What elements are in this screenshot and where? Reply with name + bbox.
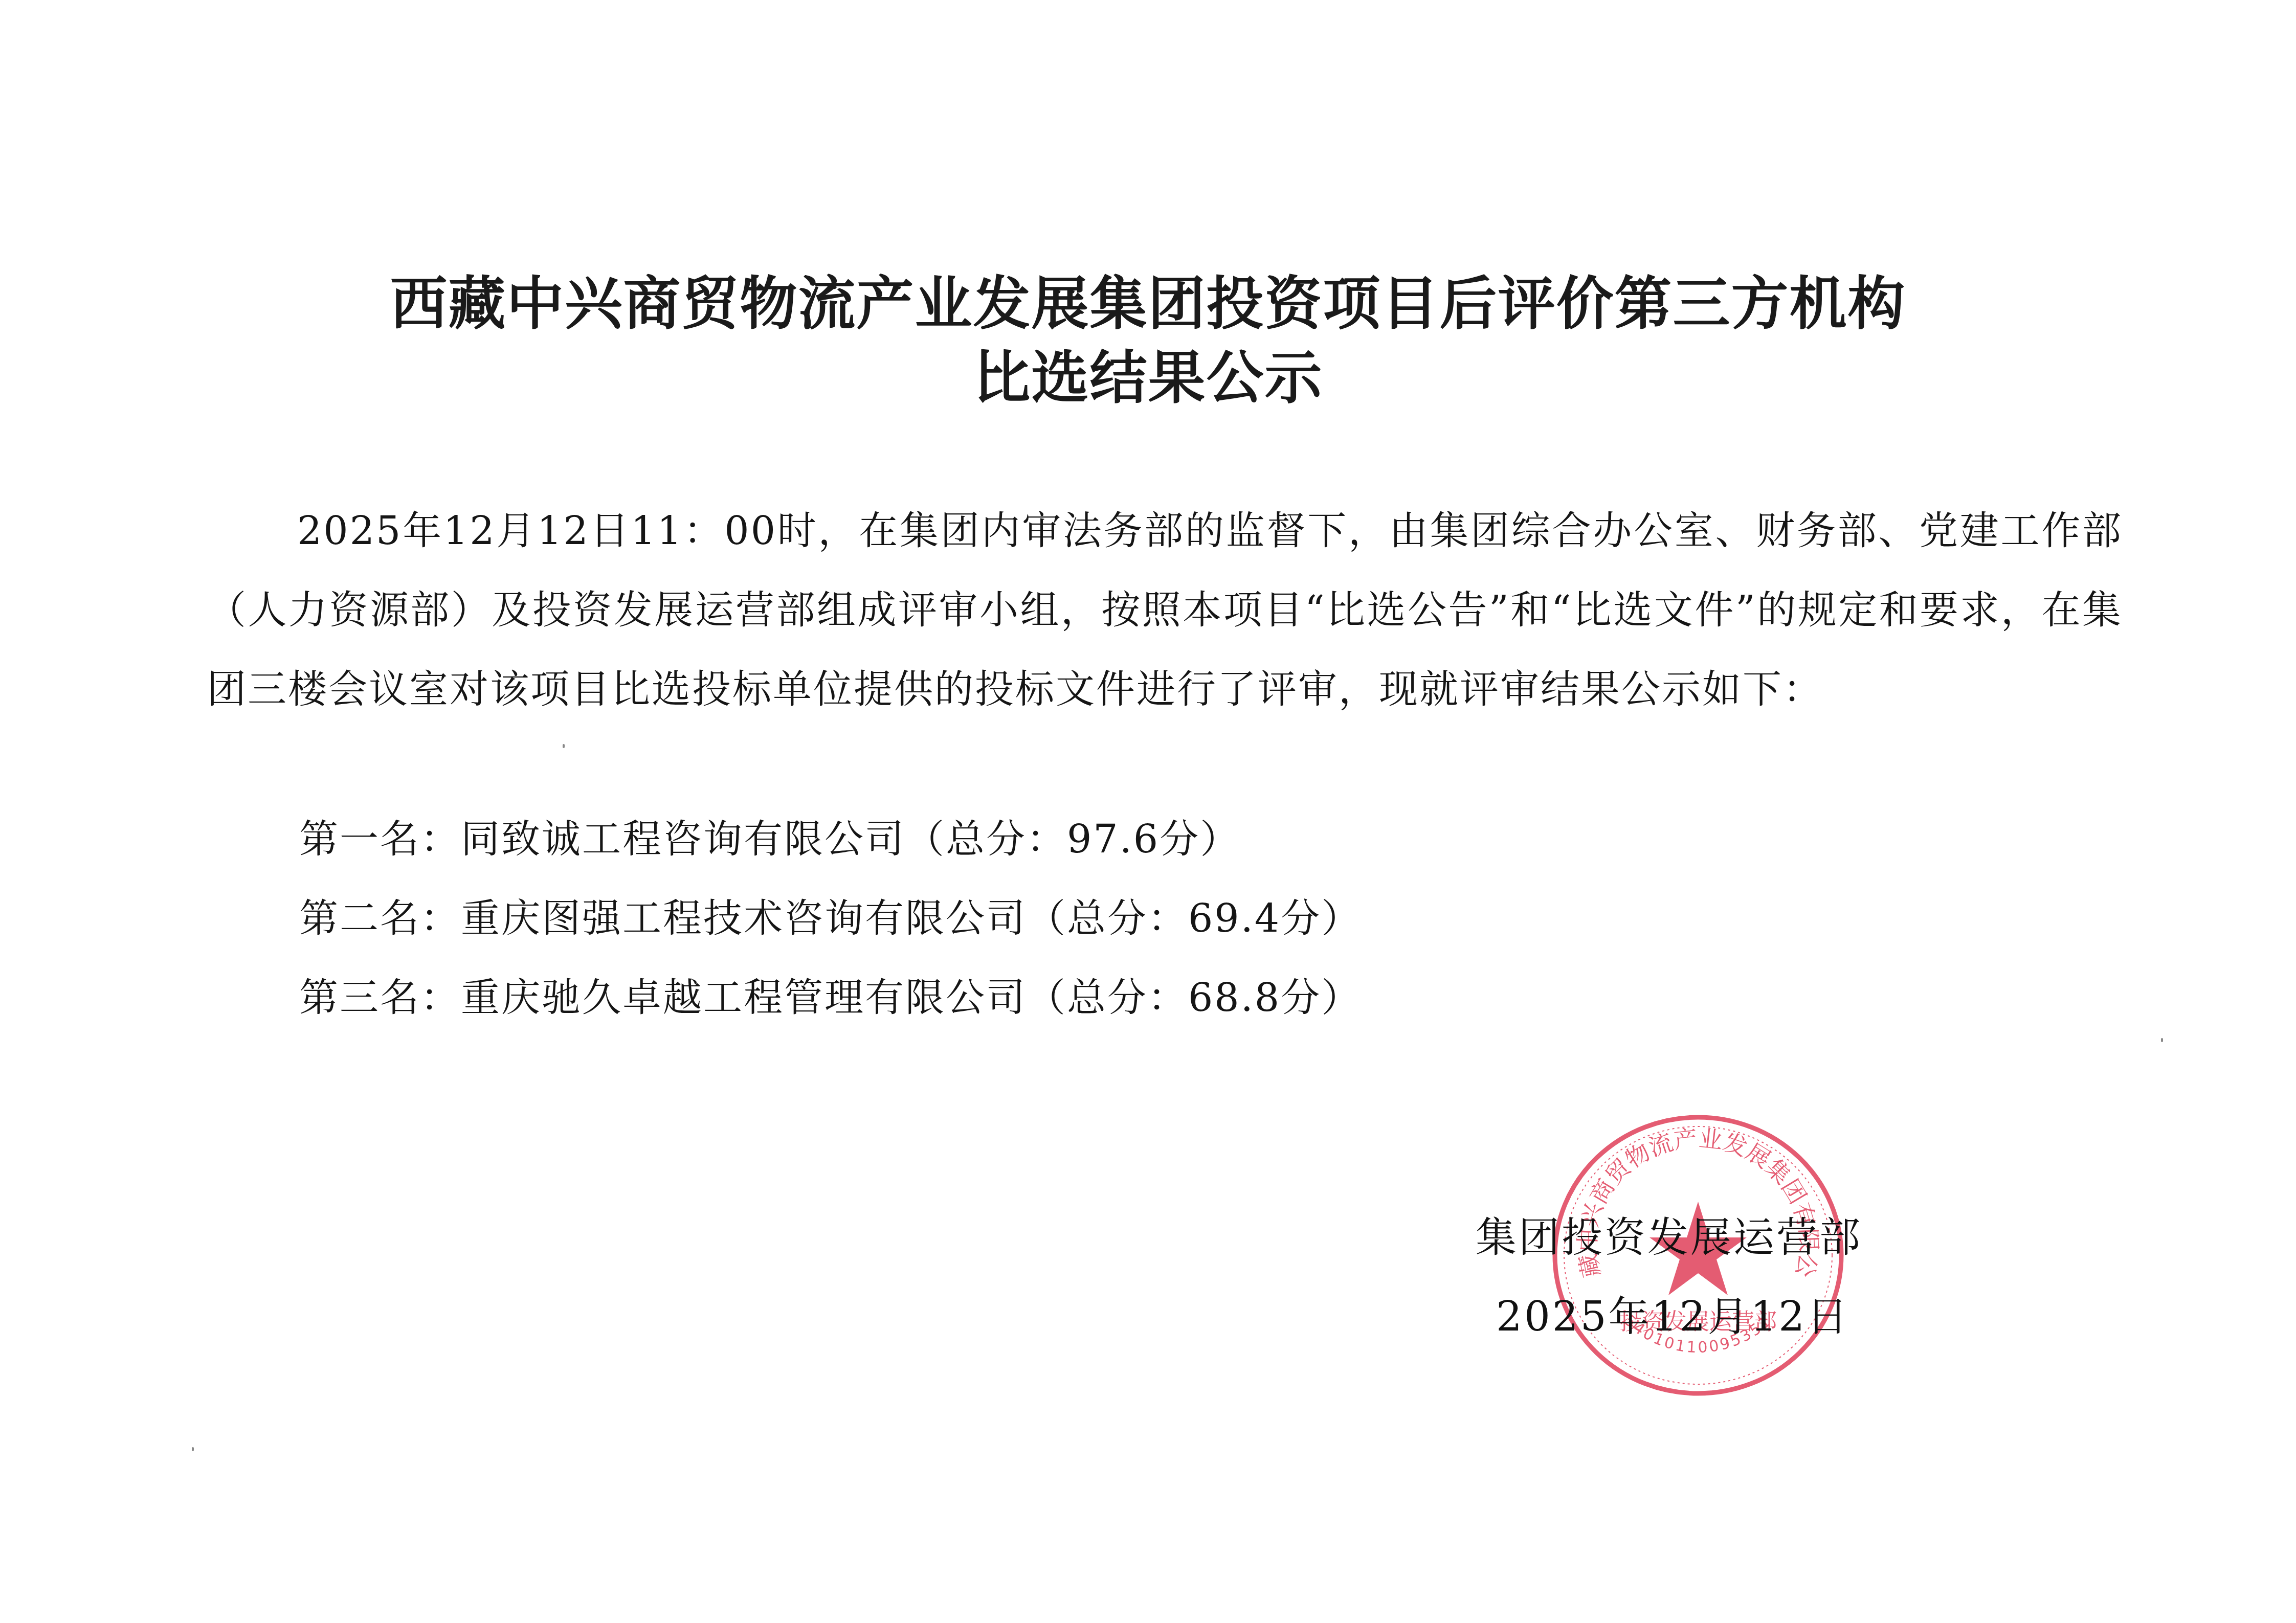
score-text: （总分：68.8分） — [1027, 975, 1362, 1020]
ranking-second: 第二名：重庆图强工程技术咨询有限公司（总分：69.4分） — [299, 887, 1362, 943]
rank-label: 第三名： — [299, 975, 461, 1020]
signature-department: 集团投资发展运营部 — [1476, 1204, 1862, 1263]
body-paragraph: 2025年12月12日11：00时，在集团内审法务部的监督下，由集团综合办公室、… — [207, 491, 2123, 729]
company-name: 重庆驰久卓越工程管理有限公司 — [461, 975, 1027, 1020]
ranking-third: 第三名：重庆驰久卓越工程管理有限公司（总分：68.8分） — [299, 966, 1362, 1022]
ranking-first: 第一名：同致诚工程咨询有限公司（总分：97.6分） — [299, 808, 1240, 864]
scan-speck — [192, 1447, 194, 1451]
rank-label: 第一名： — [299, 816, 461, 862]
document-title-line1: 西藏中兴商贸物流产业发展集团投资项目后评价第三方机构 — [0, 258, 2296, 341]
signature-date: 2025年12月12日 — [1496, 1283, 1849, 1342]
scan-speck — [2161, 1038, 2163, 1042]
score-text: （总分：97.6分） — [905, 816, 1240, 862]
scan-speck — [563, 744, 565, 748]
rank-label: 第二名： — [299, 895, 461, 941]
company-name: 重庆图强工程技术咨询有限公司 — [461, 895, 1027, 941]
company-name: 同致诚工程咨询有限公司 — [461, 816, 905, 862]
score-text: （总分：69.4分） — [1027, 895, 1362, 941]
document-title-line2: 比选结果公示 — [0, 332, 2296, 415]
